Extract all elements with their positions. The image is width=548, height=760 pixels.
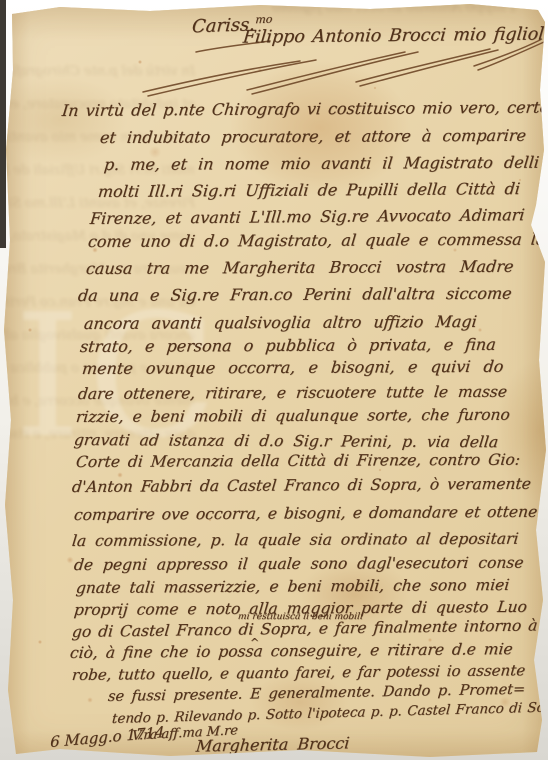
manuscript-line-13: rizzie, e beni mobili di qualunque sorte… [75, 406, 511, 426]
manuscript-line-11: mente ovunque occorra, e bisogni, e quiv… [81, 357, 504, 378]
insertion-caret: ^ [250, 636, 259, 649]
manuscript-line-3: p. me, et in nome mio avanti il Magistra… [103, 153, 540, 174]
manuscript-line-1: In virtù del p.nte Chirografo vi costitu… [61, 98, 548, 120]
manuscript-line-9: ancora avanti qualsivoglia altro uffizio… [83, 312, 478, 333]
manuscript-line-4: molti Ill.ri Sig.ri Uffiziali de Pupilli… [97, 179, 521, 201]
manuscript-line-7: causa tra me Margherita Brocci vostra Ma… [85, 257, 514, 278]
salutation-superscript: mo [255, 13, 273, 27]
manuscript-line-16: d'Anton Fabbri da Castel Franco di Sopra… [71, 475, 532, 496]
manuscript-line-23: ciò, à fine che io possa conseguire, e r… [69, 640, 513, 662]
manuscript-line-8: da una e Sig.re Fran.co Perini dall'altr… [77, 284, 513, 305]
manuscript-line-6: come uno di d.o Magistrato, al quale e c… [87, 230, 547, 251]
manuscript-line-5: Firenze, et avanti L'Ill.mo Sig.re Avvoc… [89, 205, 525, 228]
manuscript-line-24: robe, tutto quello, e quanto farei, e fa… [71, 661, 526, 684]
manuscript-line-17: comparire ove occorra, e bisogni, e doma… [73, 503, 548, 524]
verso-ghost-line: In virtù del p.nte Chirografo vi costitu… [0, 55, 195, 88]
scan-edge-shadow [0, 0, 6, 248]
manuscript-line-10: strato, e persona o pubblica ò privata, … [79, 335, 497, 356]
manuscript-line-2: et indubitato procuratore, et attore à c… [99, 126, 527, 147]
manuscript-line-15: Corte di Mercanzia della Città di Firenz… [75, 451, 521, 471]
manuscript-line-14: gravati ad istanza di d.o Sig.r Perini, … [73, 431, 499, 451]
verso-showthrough-top: Filippo Antonio Brocci mio figliolo [255, 0, 515, 20]
recipient-name: Filippo Antonio Brocci mio figliolo [242, 24, 548, 47]
paper-sheet: In virtù del p.nte Chirografo vi costitu… [0, 0, 548, 760]
manuscript-line-12: dare ottenere, ritirare, e riscuotere tu… [77, 383, 508, 403]
pen-flourish-icon [0, 0, 548, 110]
manuscript-line-18: la commissione, p. la quale sia ordinato… [71, 530, 519, 550]
manuscript-line-20: gnate tali masserizzie, e beni mobili, c… [75, 576, 510, 597]
manuscript-line-19: de pegni appresso il quale sono dagl'ese… [73, 554, 524, 574]
interlinear-insertion: mi restituisca li beni mobili [237, 612, 363, 622]
manuscript-scan: In virtù del p.nte Chirografo vi costitu… [0, 0, 548, 760]
signature: Margherita Brocci [195, 733, 350, 755]
